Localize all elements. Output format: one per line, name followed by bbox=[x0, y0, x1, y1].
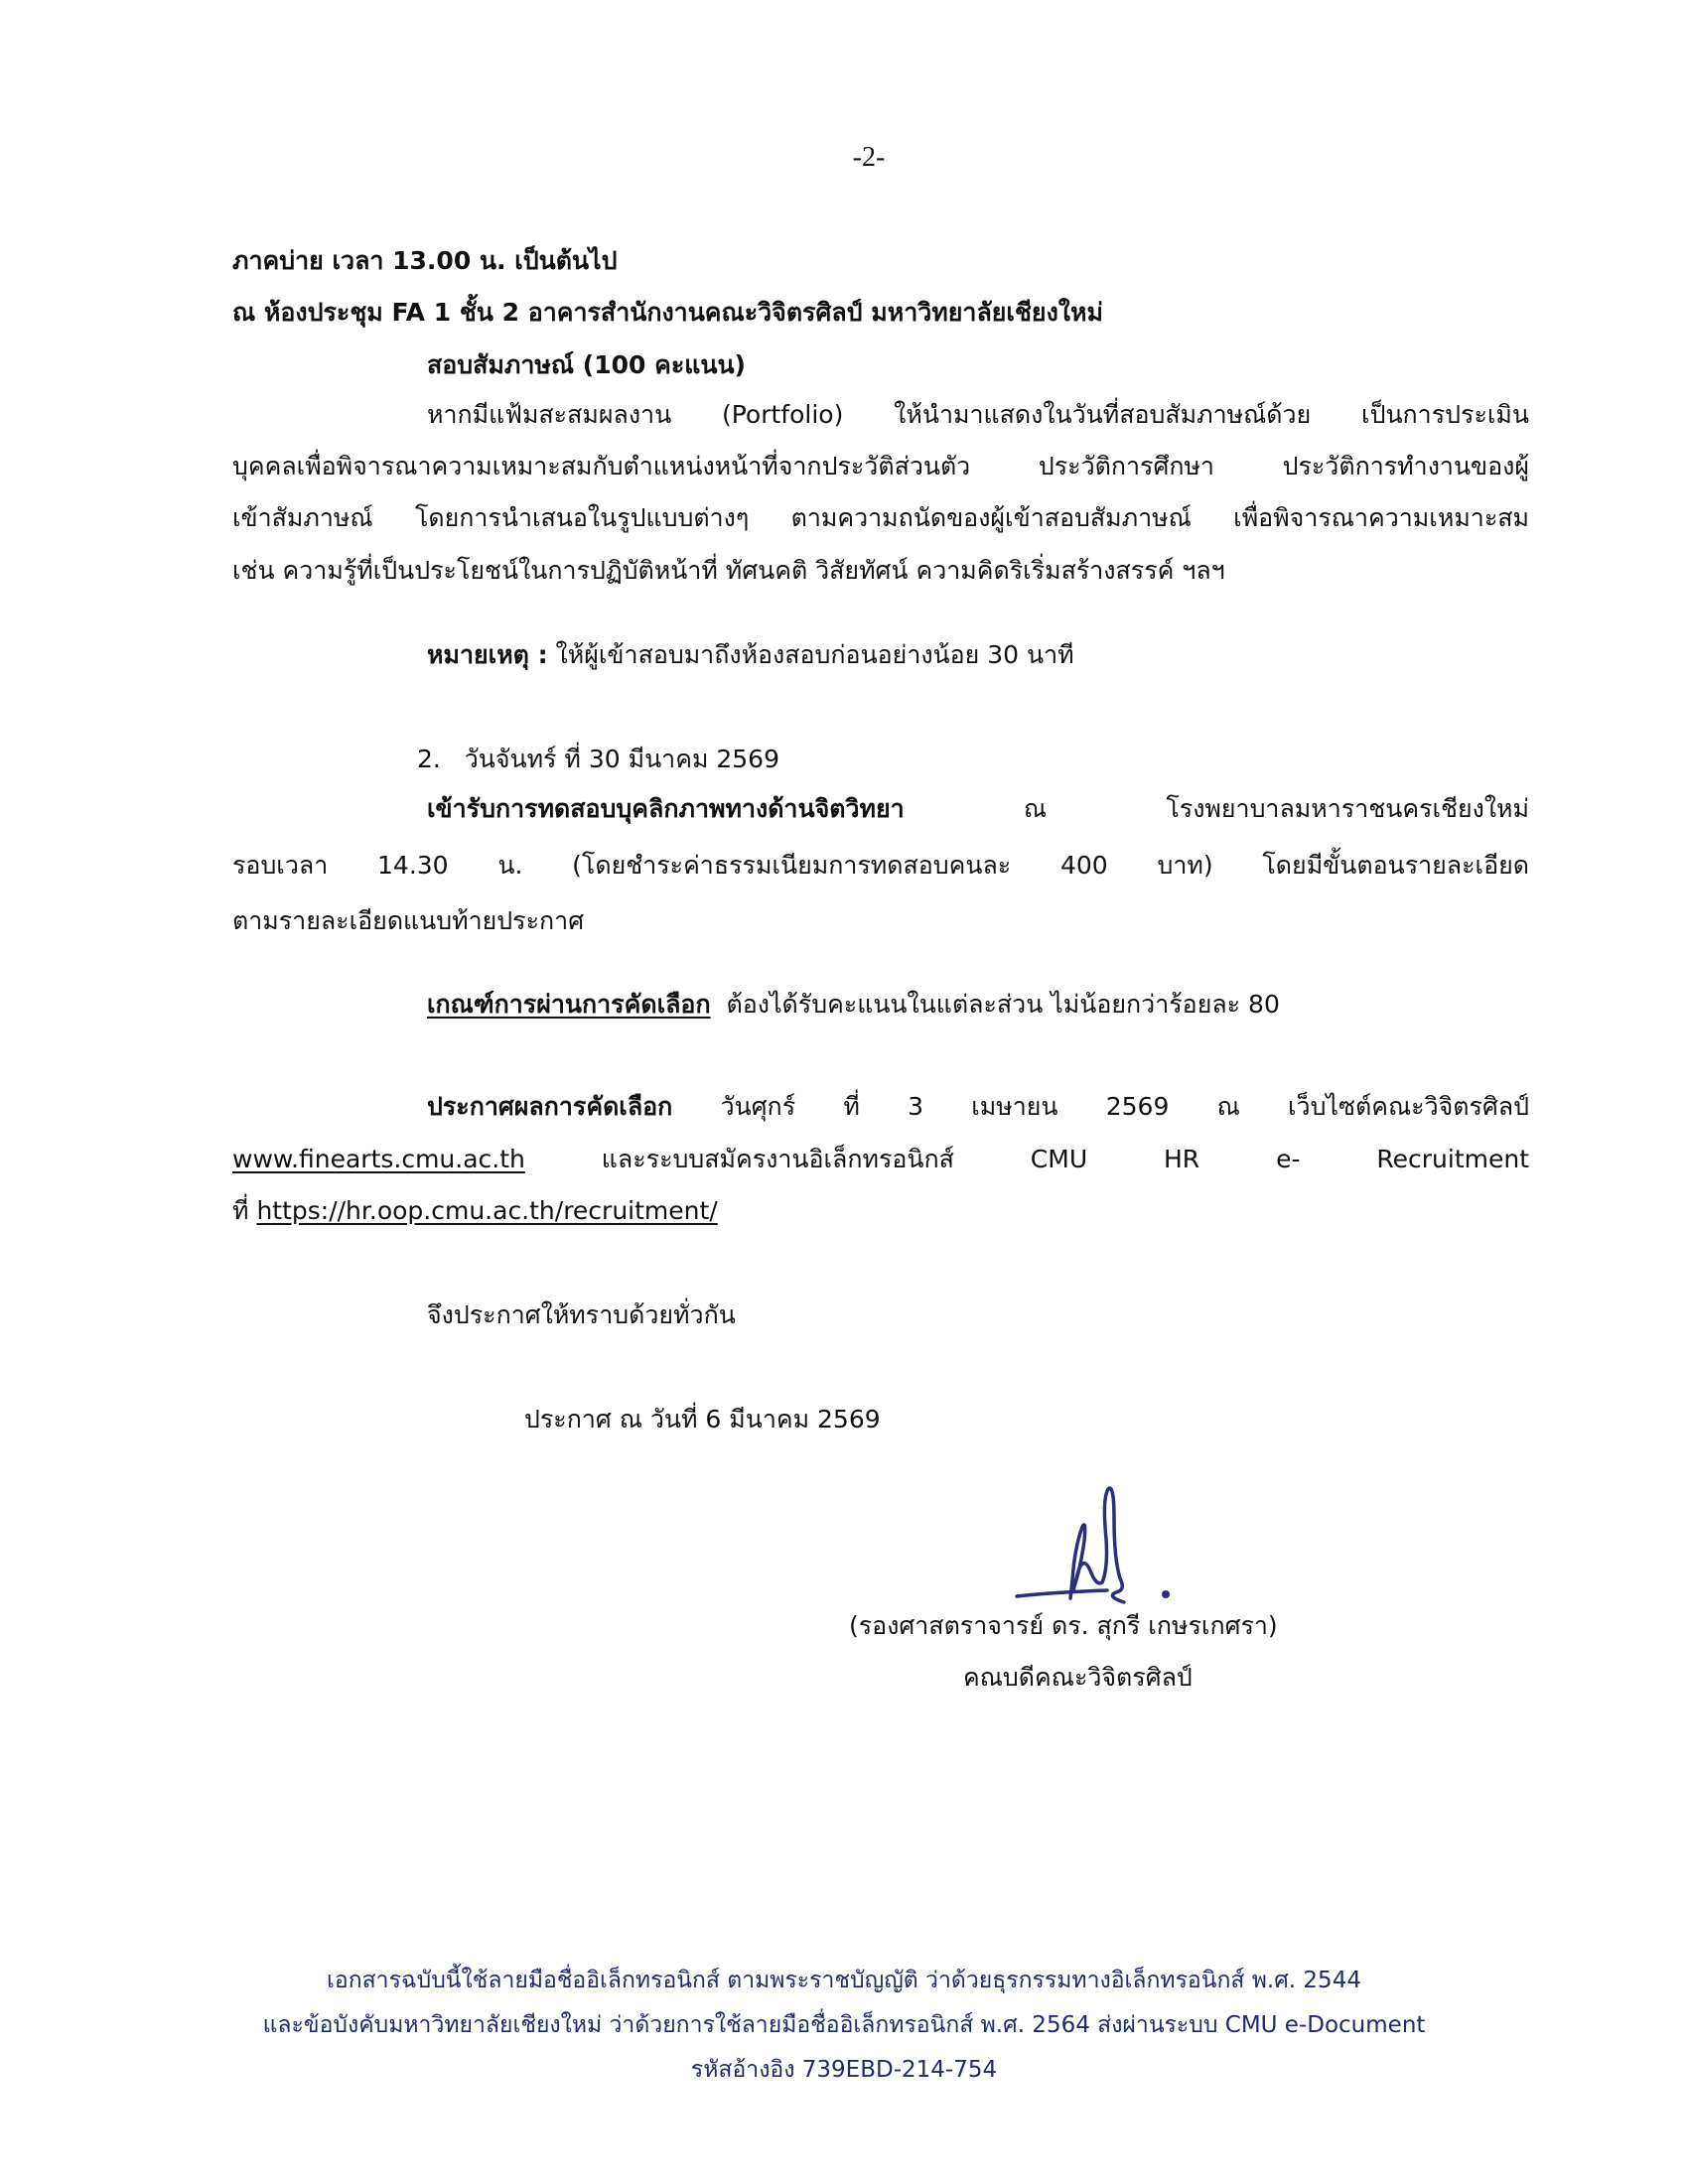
session-time: ภาคบ่าย เวลา 13.00 น. เป็นต้นไป bbox=[232, 244, 618, 278]
interview-paragraph-line-4: เช่น ความรู้ที่เป็นประโยชน์ในการปฏิบัติห… bbox=[232, 554, 1225, 588]
signatory-name: (รองศาสตราจารย์ ดร. สุกรี เกษรเกศรา) bbox=[849, 1609, 1278, 1643]
item2-number: 2. bbox=[417, 745, 441, 773]
page-number: -2- bbox=[0, 141, 1688, 175]
interview-paragraph-line-1: หากมีแฟ้มสะสมผลงาน (Portfolio) ให้นำมาแส… bbox=[427, 398, 1529, 432]
session-venue: ณ ห้องประชุม FA 1 ชั้น 2 อาคารสำนักงานคณ… bbox=[232, 296, 1103, 330]
item2-line-1: เข้ารับการทดสอบบุคลิกภาพทางด้านจิตวิทยา … bbox=[427, 792, 1529, 826]
criteria-label: เกณฑ์การผ่านการคัดเลือก bbox=[427, 990, 711, 1019]
note-label: หมายเหตุ : bbox=[427, 640, 548, 669]
results-line-2: www.finearts.cmu.ac.th และระบบสมัครงานอิ… bbox=[232, 1143, 1529, 1176]
item2-line-3: ตามรายละเอียดแนบท้ายประกาศ bbox=[232, 904, 584, 938]
interview-heading: สอบสัมภาษณ์ (100 คะแนน) bbox=[427, 348, 746, 382]
recruitment-link[interactable]: https://hr.oop.cmu.ac.th/recruitment/ bbox=[256, 1196, 717, 1225]
item2-heading: 2. วันจันทร์ ที่ 30 มีนาคม 2569 bbox=[417, 743, 779, 776]
results-line-1: ประกาศผลการคัดเลือก วันศุกร์ ที่ 3 เมษาย… bbox=[427, 1090, 1529, 1124]
item2-line-2: รอบเวลา 14.30 น. (โดยชำระค่าธรรมเนียมการ… bbox=[232, 849, 1529, 883]
criteria-text: ต้องได้รับคะแนนในแต่ละส่วน ไม่น้อยกว่าร้… bbox=[727, 990, 1280, 1019]
note: หมายเหตุ : ให้ผู้เข้าสอบมาถึงห้องสอบก่อน… bbox=[427, 638, 1074, 672]
interview-paragraph-line-3: เข้าสัมภาษณ์ โดยการนำเสนอในรูปแบบต่างๆ ต… bbox=[232, 501, 1529, 535]
website-link[interactable]: www.finearts.cmu.ac.th bbox=[232, 1145, 525, 1173]
interview-paragraph-line-2: บุคคลเพื่อพิจารณาความเหมาะสมกับตำแหน่งหน… bbox=[232, 450, 1529, 483]
signatory-title: คณบดีคณะวิจิตรศิลป์ bbox=[963, 1661, 1193, 1695]
results-text-1: วันศุกร์ ที่ 3 เมษายน 2569 ณ เว็บไซต์คณะ… bbox=[672, 1092, 1529, 1121]
signature-icon bbox=[1003, 1469, 1192, 1608]
note-text: ให้ผู้เข้าสอบมาถึงห้องสอบก่อนอย่างน้อย 3… bbox=[548, 640, 1074, 669]
item2-test-text-1: ณ โรงพยาบาลมหาราชนครเชียงใหม่ bbox=[905, 794, 1529, 823]
results-line-3: ที่ https://hr.oop.cmu.ac.th/recruitment… bbox=[232, 1194, 718, 1228]
results-label: ประกาศผลการคัดเลือก bbox=[427, 1092, 672, 1121]
footer-line-1: เอกสารฉบับนี้ใช้ลายมือชื่ออิเล็กทรอนิกส์… bbox=[0, 1966, 1688, 1995]
item2-date: วันจันทร์ ที่ 30 มีนาคม 2569 bbox=[465, 745, 779, 773]
closing-announce: จึงประกาศให้ทราบด้วยทั่วกัน bbox=[427, 1298, 736, 1332]
footer-reference-code: รหัสอ้างอิง 739EBD-214-754 bbox=[0, 2055, 1688, 2085]
closing-date: ประกาศ ณ วันที่ 6 มีนาคม 2569 bbox=[524, 1403, 881, 1436]
results-text-2: และระบบสมัครงานอิเล็กทรอนิกส์ CMU HR e- … bbox=[525, 1145, 1529, 1173]
footer-line-2: และข้อบังคับมหาวิทยาลัยเชียงใหม่ ว่าด้วย… bbox=[0, 2010, 1688, 2040]
at-label: ที่ bbox=[232, 1196, 256, 1225]
criteria: เกณฑ์การผ่านการคัดเลือก ต้องได้รับคะแนนใ… bbox=[427, 988, 1280, 1022]
item2-test-label: เข้ารับการทดสอบบุคลิกภาพทางด้านจิตวิทยา bbox=[427, 794, 905, 823]
